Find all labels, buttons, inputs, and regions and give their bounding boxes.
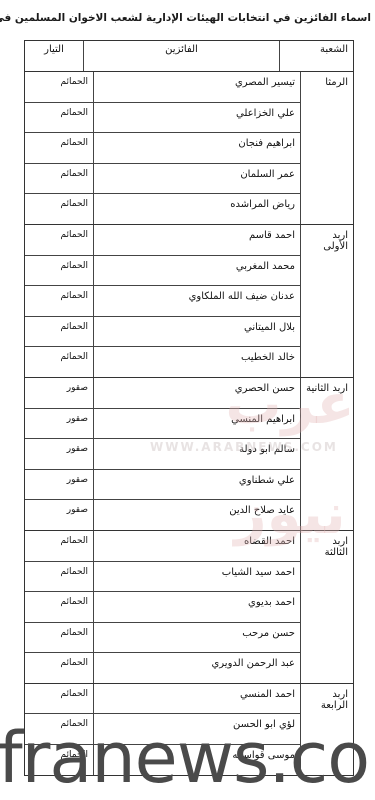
table-row: سالم ابو دولة صقور xyxy=(25,439,300,470)
winner-name: عمر السلمان xyxy=(93,164,300,194)
table-row: احمد القضاه الحمائم xyxy=(25,531,300,562)
current-cell: الحمائم xyxy=(25,194,93,224)
current-cell: الحمائم xyxy=(25,133,93,163)
winner-name: عدنان ضيف الله الملكاوي xyxy=(93,286,300,316)
table-row: محمد المغربي الحمائم xyxy=(25,256,300,287)
winner-name: محمد المغربي xyxy=(93,256,300,286)
table-row: احمد سيد الشياب الحمائم xyxy=(25,562,300,593)
current-cell: الحمائم xyxy=(25,653,93,683)
table-row: بلال الميتاني الحمائم xyxy=(25,317,300,348)
current-cell: الحمائم xyxy=(25,256,93,286)
table-row: ابراهيم فنجان الحمائم xyxy=(25,133,300,164)
table-row: احمد بديوي الحمائم xyxy=(25,592,300,623)
branch-cell: الرمثا xyxy=(300,72,353,224)
winner-name: علي شطناوي xyxy=(93,470,300,500)
winner-name: احمد سيد الشياب xyxy=(93,562,300,592)
branch-cell: اربد الثانية xyxy=(300,378,353,530)
winner-name: خالد الخطيب xyxy=(93,347,300,377)
document-title: اسماء الفائزين في انتخابات الهيئات الإدا… xyxy=(4,12,371,24)
branch-cell: اربد الرابعة xyxy=(300,684,353,775)
current-cell: الحمائم xyxy=(25,103,93,133)
table-row: لؤي ابو الحسن الحمائم xyxy=(25,714,300,745)
table-row: عمر السلمان الحمائم xyxy=(25,164,300,195)
winner-name: احمد قاسم xyxy=(93,225,300,255)
winner-name: احمد المنسي xyxy=(93,684,300,714)
winner-name: عايد صلاح الدين xyxy=(93,500,300,530)
table-section: اربد الثالثة احمد القضاه الحمائم احمد سي… xyxy=(25,531,353,684)
current-cell: الحمائم xyxy=(25,745,93,775)
current-cell: صقور xyxy=(25,378,93,408)
table-row: علي الخزاعلي الحمائم xyxy=(25,103,300,134)
winner-name: ابراهيم فنجان xyxy=(93,133,300,163)
winner-name: موسى قواسمه xyxy=(93,745,300,775)
winner-name: ابراهيم المنسي xyxy=(93,409,300,439)
current-cell: الحمائم xyxy=(25,286,93,316)
table-row: حسن مرحب الحمائم xyxy=(25,623,300,654)
current-cell: الحمائم xyxy=(25,684,93,714)
table-row: عايد صلاح الدين صقور xyxy=(25,500,300,530)
header-branch: الشعبة xyxy=(279,41,353,71)
current-cell: الحمائم xyxy=(25,592,93,622)
winner-name: بلال الميتاني xyxy=(93,317,300,347)
table-row: عبد الرحمن الدويري الحمائم xyxy=(25,653,300,683)
winner-name: تيسير المصري xyxy=(93,72,300,102)
table-row: احمد المنسي الحمائم xyxy=(25,684,300,715)
winner-name: لؤي ابو الحسن xyxy=(93,714,300,744)
current-cell: الحمائم xyxy=(25,225,93,255)
table-row: موسى قواسمه الحمائم xyxy=(25,745,300,775)
winner-name: حسن الحصري xyxy=(93,378,300,408)
current-cell: الحمائم xyxy=(25,714,93,744)
current-cell: الحمائم xyxy=(25,317,93,347)
branch-cell: اربد الثالثة xyxy=(300,531,353,683)
header-current: التيار xyxy=(25,41,83,71)
winner-name: حسن مرحب xyxy=(93,623,300,653)
current-cell: الحمائم xyxy=(25,562,93,592)
table-section: اربد الرابعة احمد المنسي الحمائم لؤي ابو… xyxy=(25,684,353,776)
current-cell: الحمائم xyxy=(25,531,93,561)
current-cell: صقور xyxy=(25,409,93,439)
table-row: علي شطناوي صقور xyxy=(25,470,300,501)
table-row: خالد الخطيب الحمائم xyxy=(25,347,300,377)
current-cell: الحمائم xyxy=(25,72,93,102)
table-row: احمد قاسم الحمائم xyxy=(25,225,300,256)
current-cell: صقور xyxy=(25,439,93,469)
table-row: ابراهيم المنسي صقور xyxy=(25,409,300,440)
current-cell: الحمائم xyxy=(25,623,93,653)
current-cell: صقور xyxy=(25,470,93,500)
table-row: رياض المراشده الحمائم xyxy=(25,194,300,224)
table-section: الرمثا تيسير المصري الحمائم علي الخزاعلي… xyxy=(25,72,353,225)
table-row: تيسير المصري الحمائم xyxy=(25,72,300,103)
winners-table: الشعبة الفائزين التيار الرمثا تيسير المص… xyxy=(24,40,354,776)
winner-name: عبد الرحمن الدويري xyxy=(93,653,300,683)
table-section: اربد الأولى احمد قاسم الحمائم محمد المغر… xyxy=(25,225,353,378)
winner-name: رياض المراشده xyxy=(93,194,300,224)
winner-name: احمد القضاه xyxy=(93,531,300,561)
table-header: الشعبة الفائزين التيار xyxy=(25,41,353,72)
winner-name: علي الخزاعلي xyxy=(93,103,300,133)
current-cell: الحمائم xyxy=(25,164,93,194)
winner-name: سالم ابو دولة xyxy=(93,439,300,469)
header-winners: الفائزين xyxy=(83,41,279,71)
winner-name: احمد بديوي xyxy=(93,592,300,622)
table-row: حسن الحصري صقور xyxy=(25,378,300,409)
table-section: اربد الثانية حسن الحصري صقور ابراهيم الم… xyxy=(25,378,353,531)
table-row: عدنان ضيف الله الملكاوي الحمائم xyxy=(25,286,300,317)
branch-cell: اربد الأولى xyxy=(300,225,353,377)
current-cell: صقور xyxy=(25,500,93,530)
current-cell: الحمائم xyxy=(25,347,93,377)
